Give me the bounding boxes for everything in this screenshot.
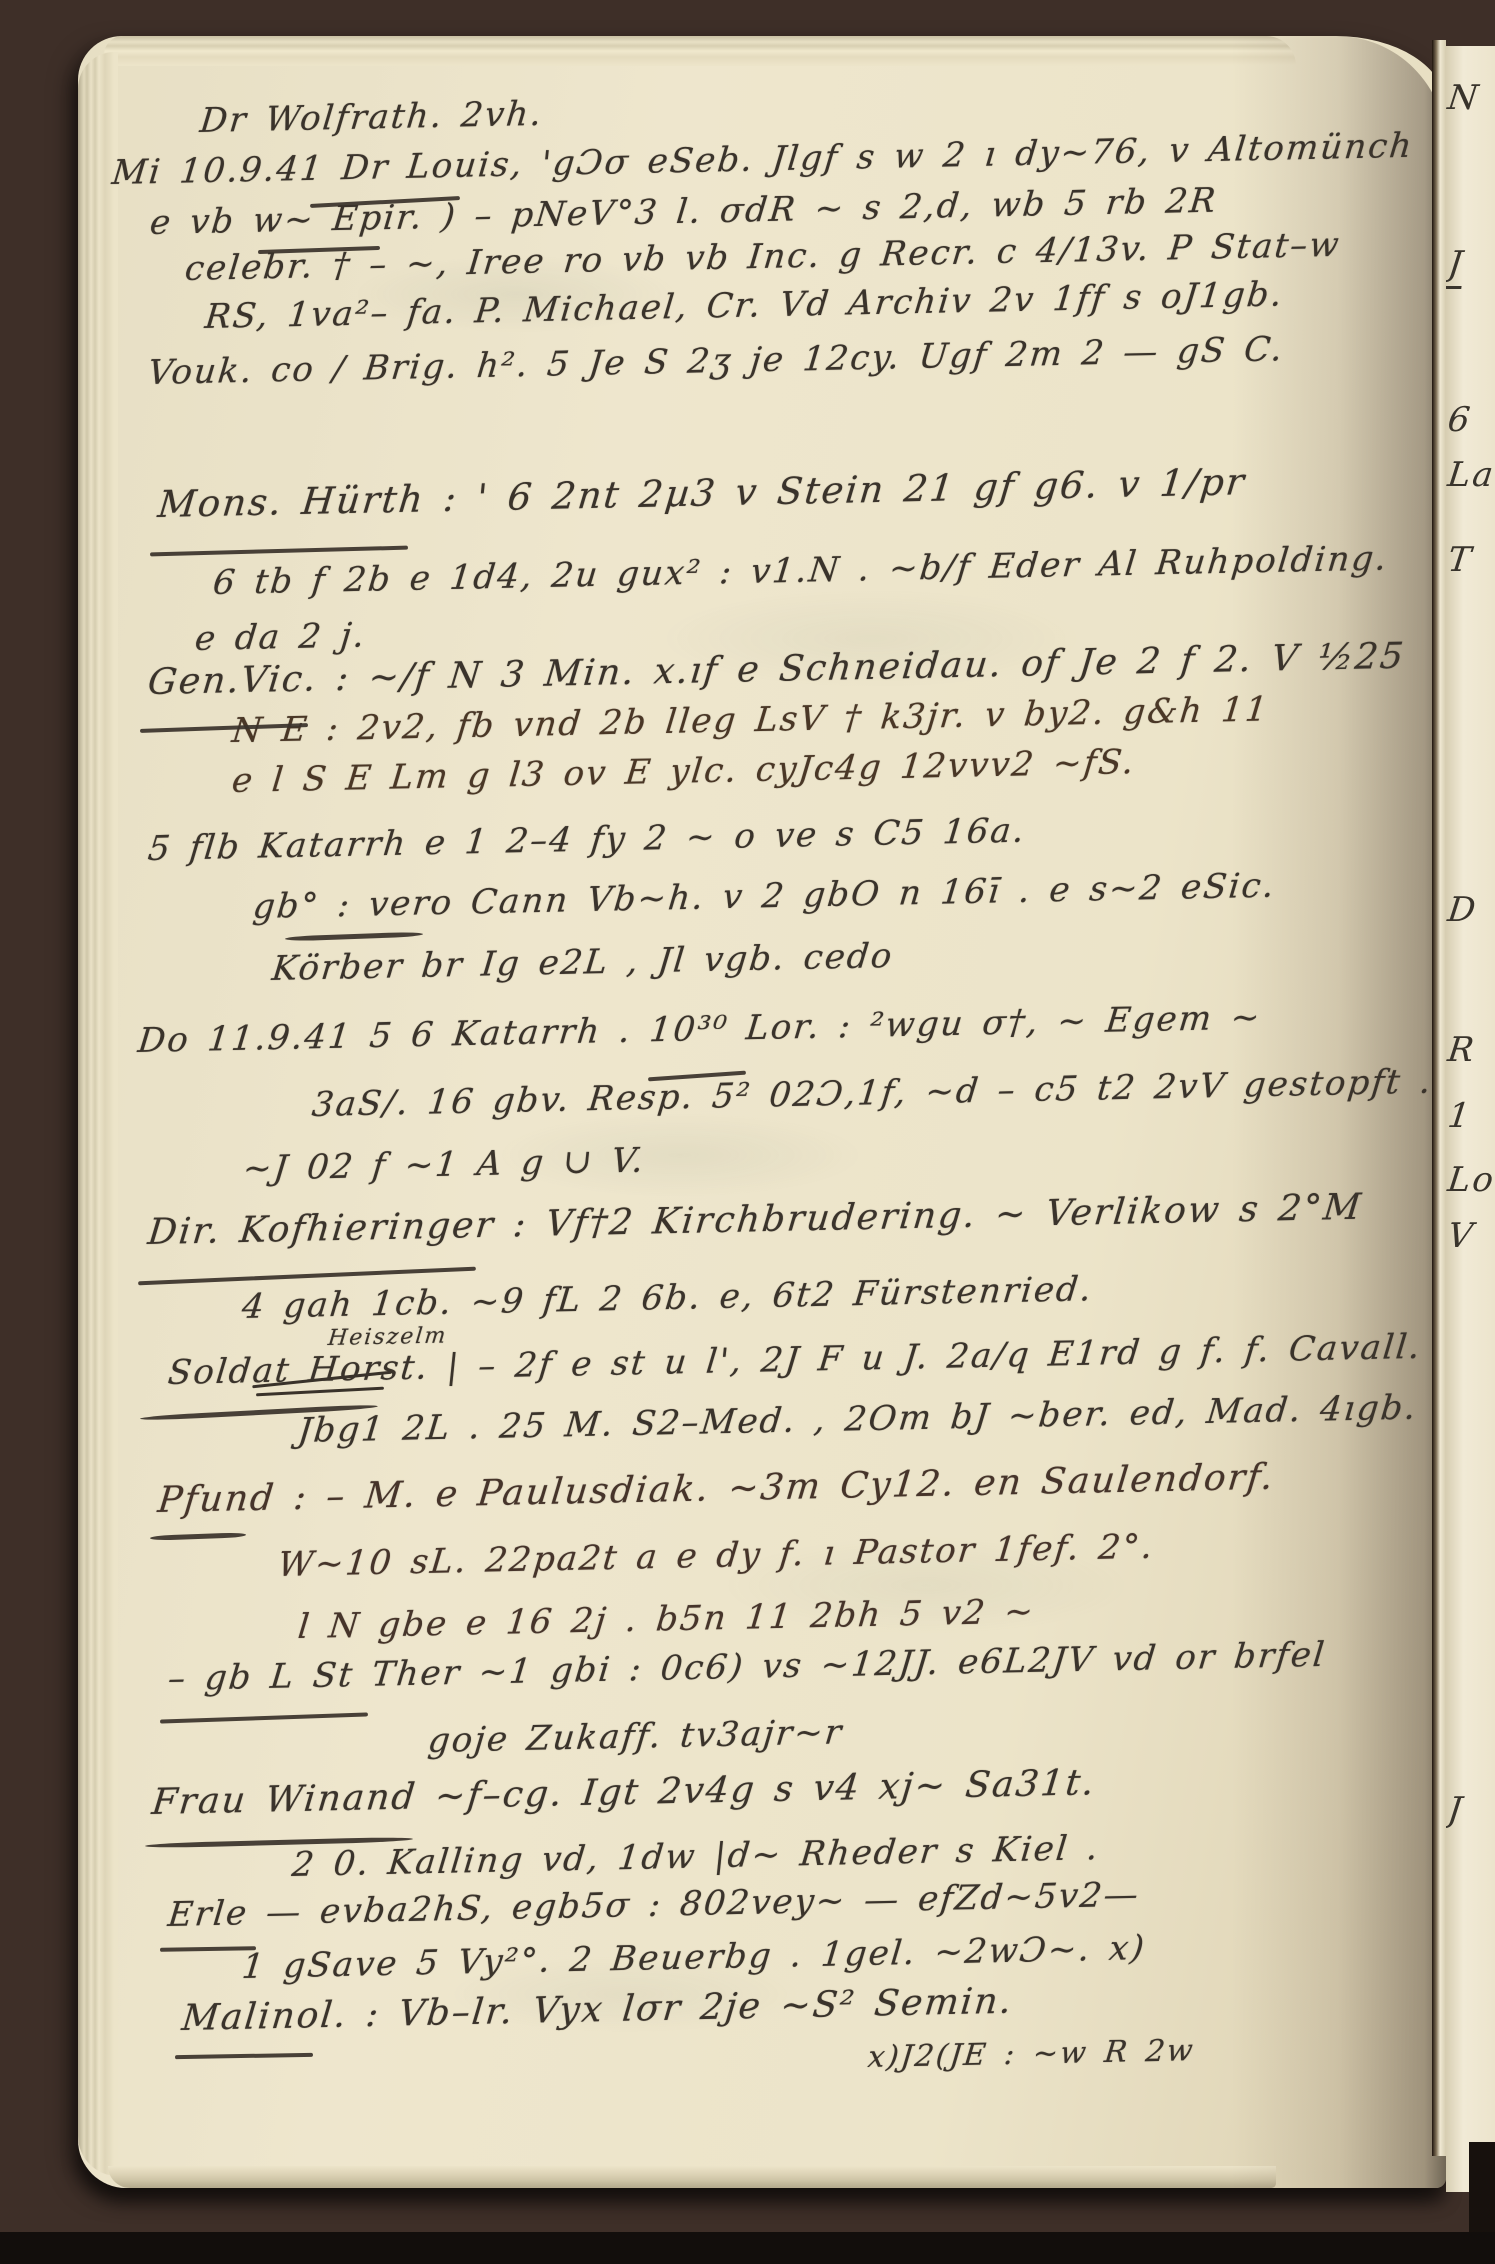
notebook-scan: Dr Wolfrath. 2vh.Mi 10.9.41 Dr Louis, 'g… (0, 0, 1495, 2264)
handwriting-line: ~J 02 f ~1 A g ∪ V. (241, 1144, 647, 1188)
notebook-next-page-edge: NJ6LaTDR1LoVJ (1446, 46, 1495, 2192)
binding-crease (1432, 40, 1446, 2156)
handwriting-fragment: D (1446, 890, 1480, 930)
handwriting-line: 4 gah 1cb. ~9 fL 2 6b. e, 6t2 Fürstenrie… (240, 1272, 1094, 1325)
handwriting-line: x)J2(JE : ~w R 2w (866, 2035, 1196, 2073)
handwriting-fragment: 6 (1446, 400, 1474, 440)
handwriting-line: goje Zukaff. tv3ajr~r (426, 1715, 845, 1759)
handwriting-line: 3aS/. 16 gbv. Resp. 5² 02Ɔ,1f, ~d – c5 t… (310, 1065, 1434, 1124)
ink-underline (285, 932, 423, 942)
handwriting-line: Dir. Kofhieringer : Vf†2 Kirchbrudering.… (146, 1189, 1364, 1252)
handwriting-fragment: J (1446, 244, 1466, 289)
handwriting-line: e da 2 j. (193, 618, 368, 657)
handwriting-fragment: V (1446, 1216, 1477, 1256)
handwriting-line: Frau Winand ~f–cg. Igt 2v4g s v4 xj~ Sa3… (150, 1764, 1097, 1822)
handwriting-line: Erle — evba2hS, egb5σ : 802vey~ — efZd~5… (166, 1878, 1141, 1934)
handwriting-fragment: 1 (1446, 1096, 1474, 1136)
handwriting-fragment: N (1446, 78, 1482, 118)
handwriting-line: 1 gSave 5 Vy²°. 2 Beuerbg . 1gel. ~2wƆ~.… (240, 1931, 1147, 1986)
scan-black-strip (0, 2232, 1495, 2264)
ink-underline (175, 2053, 313, 2059)
handwriting-line: Vouk. co / Brig. h². 5 Je S 2ʒ je 12cy. … (146, 332, 1286, 391)
handwriting-line: Heiszelm (327, 1325, 449, 1351)
ink-underline (160, 1712, 368, 1723)
handwriting-line: Jbg1 2L . 25 M. S2–Med. , 2Om bJ ~ber. e… (296, 1391, 1419, 1450)
handwriting-fragment: J (1446, 1790, 1466, 1830)
ink-underline (150, 546, 408, 557)
handwriting-line: Pfund : – M. e Paulusdiak. ~3m Cy12. en … (156, 1459, 1276, 1520)
handwriting-line: Do 11.9.41 5 6 Katarrh . 10³⁰ Lor. : ²wg… (136, 1001, 1263, 1060)
handwriting-line: Körber br Ig e2L , Jl vgb. cedo (270, 939, 895, 988)
handwriting-fragment: La (1446, 455, 1495, 495)
handwriting-fragment: T (1446, 540, 1475, 580)
handwriting-fragment: R (1446, 1030, 1478, 1070)
handwriting-line: 5 flb Katarrh e 1 2–4 fy 2 ~ o ve s C5 1… (146, 814, 1027, 868)
handwriting-layer: Dr Wolfrath. 2vh.Mi 10.9.41 Dr Louis, 'g… (0, 0, 1442, 2264)
handwriting-line: gb° : vero Cann Vb~h. v 2 gbO n 16ī . e … (251, 869, 1277, 926)
handwriting-line: – gb L St Ther ~1 gbi : 0c6) vs ~12JJ. e… (166, 1638, 1328, 1698)
ink-underline (160, 1946, 256, 1952)
handwriting-line: N E : 2v2, fb vnd 2b lleg LsV † k3jr. v … (230, 692, 1270, 749)
handwriting-line: RS, 1va²– fa. P. Michael, Cr. Vd Archiv … (203, 277, 1285, 335)
handwriting-line: W~10 sL. 22pa2t a e dy f. ı Pastor 1fef.… (276, 1530, 1156, 1584)
handwriting-line: e l S E Lm g l3 ov E ylc. cyJc4g 12vvv2 … (230, 745, 1137, 800)
handwriting-fragment: Lo (1446, 1160, 1495, 1200)
handwriting-line: l N gbe e 16 2j . b5n 11 2bh 5 v2 ~ (296, 1595, 1037, 1646)
handwriting-line: Mons. Hürth : ' 6 2nt 2µ3 v Stein 21 gf … (156, 463, 1248, 525)
handwriting-line: 6 tb f 2b e 1d4, 2u gux² : v1.N . ~b/f E… (211, 541, 1390, 601)
ink-underline (150, 1532, 246, 1540)
handwriting-line: Dr Wolfrath. 2vh. (198, 97, 545, 140)
handwriting-line: Malinol. : Vb–lr. Vyx lσr 2je ~S² Semin. (180, 1983, 1015, 2038)
